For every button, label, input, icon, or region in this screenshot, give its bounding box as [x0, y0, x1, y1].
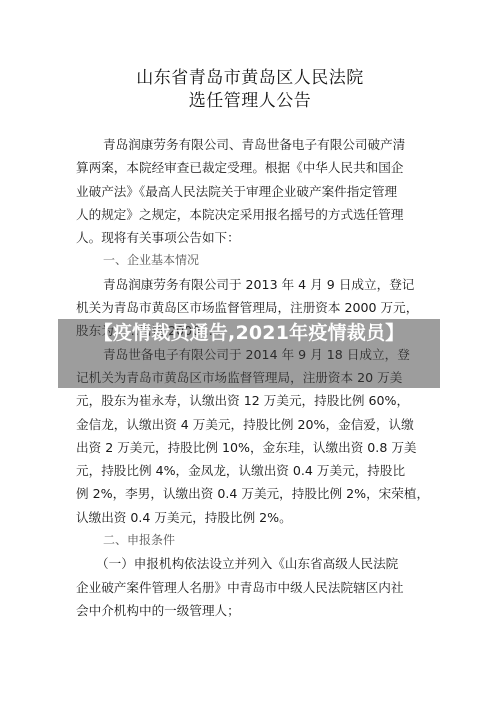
body-line: 人。现将有关事项公告如下：	[76, 226, 436, 249]
body-line: 人的规定》之规定，本院决定采用报名摇号的方式选任管理	[76, 203, 436, 226]
body-line: 青岛润康劳务有限公司、青岛世备电子有限公司破产清	[76, 133, 436, 156]
body-line: 认缴出资 0.4 万美元，持股比例 2%。	[76, 506, 436, 529]
section-heading: 二、申报条件	[76, 529, 436, 552]
body-line: 青岛润康劳务有限公司于 2013 年 4 月 9 日成立，登记	[76, 273, 436, 296]
body-line: 算两案，本院经审查已裁定受理。根据《中华人民共和国企	[76, 156, 436, 179]
body-line: （一）申报机构依法设立并列入《山东省高级人民法院	[76, 552, 436, 575]
body-line: 机关为青岛市黄岛区市场监督管理局，注册资本 2000 万元，	[76, 296, 436, 319]
body-line: 业破产法》《最高人民法院关于审理企业破产案件指定管理	[76, 180, 436, 203]
body-line: 出资 2 万美元，持股比例 10%，金东珪，认缴出资 0.8 万美	[76, 436, 436, 459]
section-heading: 一、企业基本情况	[76, 249, 436, 272]
body-line: 会中介机构中的一级管理人；	[76, 599, 436, 622]
body-line: 金信龙，认缴出资 4 万美元，持股比例 20%，金信爱，认缴	[76, 413, 436, 436]
body-line: 例 2%，李男，认缴出资 0.4 万美元，持股比例 2%，宋荣植，	[76, 482, 436, 505]
title-overlay-banner[interactable]: 【疫情裁员通告,2021年疫情裁员】	[58, 319, 440, 388]
document-page: 山东省青岛市黄岛区人民法院 选任管理人公告 青岛润康劳务有限公司、青岛世备电子有…	[0, 0, 500, 706]
overlay-title[interactable]: 【疫情裁员通告,2021年疫情裁员】	[58, 319, 440, 344]
body-line: 企业破产案件管理人名册》中青岛市中级人民法院辖区内社	[76, 576, 436, 599]
body-line: 元，股东为崔永寿，认缴出资 12 万美元，持股比例 60%，	[76, 389, 436, 412]
body-line: 元，持股比例 4%，金凤龙，认缴出资 0.4 万美元，持股比	[76, 459, 436, 482]
document-title-line1: 山东省青岛市黄岛区人民法院	[0, 63, 500, 88]
document-title-line2: 选任管理人公告	[0, 86, 500, 111]
